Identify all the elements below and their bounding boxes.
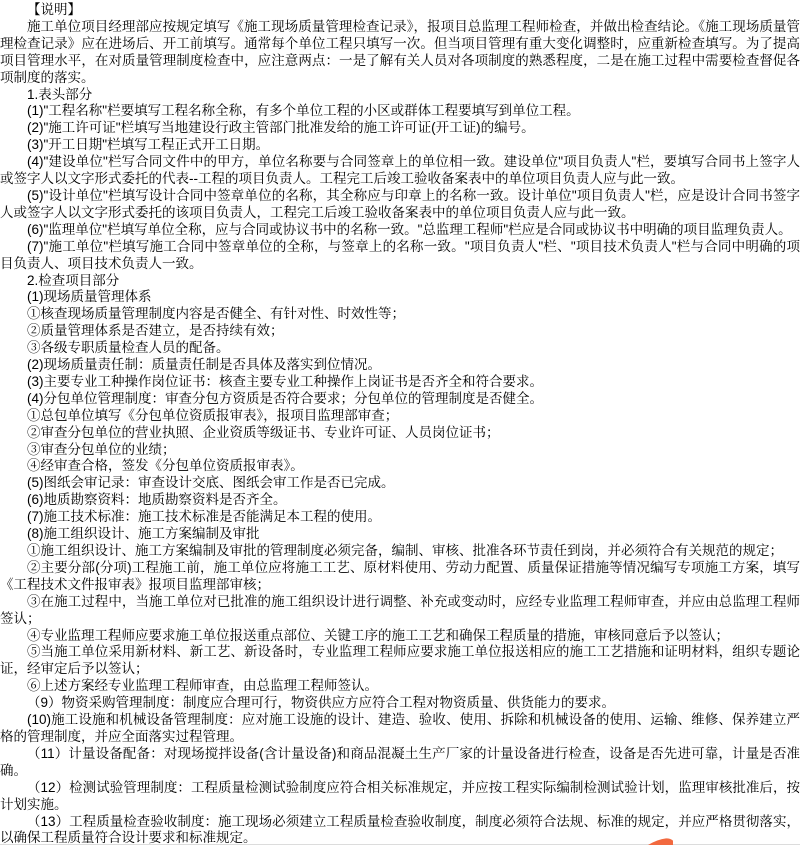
doc-paragraph: (3)主要专业工种操作岗位证书：核查主要专业工种操作上岗证书是否齐全和符合要求。 [0,374,800,391]
doc-paragraph: (8)施工组织设计、施工方案编制及审批 [0,526,800,543]
doc-paragraph: (5)图纸会审记录：审查设计交底、图纸会审工作是否已完成。 [0,475,800,492]
doc-paragraph: ③各级专职质量检查人员的配备。 [0,340,800,357]
doc-paragraph: (7)施工技术标准：施工技术标准是否能满足本工程的使用。 [0,509,800,526]
doc-paragraph: (1)现场质量管理体系 [0,289,800,306]
doc-paragraph: (3)"开工日期"栏填写工程正式开工日期。 [0,137,800,154]
doc-body: 【说明】施工单位项目经理部应按规定填写《施工现场质量管理检查记录》，报项目总监理… [0,0,800,847]
doc-paragraph: (4)分包单位管理制度：审查分包方资质是否符合要求；分包单位的管理制度是否健全。 [0,391,800,408]
doc-paragraph: 2.检查项目部分 [0,273,800,290]
doc-paragraph: (4)"建设单位"栏写合同文件中的甲方，单位名称要与合同签章上的单位相一致。建设… [0,154,800,188]
doc-paragraph: (6)"监理单位"栏填写单位全称，应与合同或协议书中的名称一致。"总监理工程师"… [0,222,800,239]
doc-paragraph: （12）检测试验管理制度：工程质量检测试验制度应符合相关标准规定，并应按工程实际… [0,780,800,814]
doc-paragraph: 施工单位项目经理部应按规定填写《施工现场质量管理检查记录》，报项目总监理工程师检… [0,19,800,87]
bottom-divider [0,844,800,845]
doc-paragraph: (1)"工程名称"栏要填写工程名称全称，有多个单位工程的小区或群体工程要填写到单… [0,103,800,120]
doc-paragraph: ③在施工过程中，当施工单位对已批准的施工组织设计进行调整、补充或变动时，应经专业… [0,594,800,628]
doc-paragraph: ①施工组织设计、施工方案编制及审批的管理制度必须完备，编制、审核、批准各环节责任… [0,543,800,560]
doc-paragraph: ③审查分包单位的业绩； [0,442,800,459]
doc-paragraph: (5)"设计单位"栏填写设计合同中签章单位的名称，其全称应与印章上的名称一致。设… [0,188,800,222]
doc-paragraph: (2)现场质量责任制：质量责任制是否具体及落实到位情况。 [0,357,800,374]
doc-paragraph: 1.表头部分 [0,87,800,104]
doc-paragraph: （9）物资采购管理制度：制度应合理可行，物资供应方应符合工程对物资质量、供货能力… [0,695,800,712]
doc-paragraph: ①核查现场质量管理制度内容是否健全、有针对性、时效性等； [0,306,800,323]
doc-paragraph: ②质量管理体系是否建立，是否持续有效； [0,323,800,340]
doc-paragraph: ④专业监理工程师应要求施工单位报送重点部位、关键工序的施工工艺和确保工程质量的措… [0,628,800,645]
doc-paragraph: ⑤当施工单位采用新材料、新工艺、新设备时，专业监理工程师应要求施工单位报送相应的… [0,644,800,678]
doc-paragraph: ⑥上述方案经专业监理工程师审查，由总监理工程师签认。 [0,678,800,695]
doc-paragraph: ④经审查合格，签发《分包单位资质报审表》。 [0,458,800,475]
doc-paragraph: 【说明】 [0,2,800,19]
doc-paragraph: ②审查分包单位的营业执照、企业资质等级证书、专业许可证、人员岗位证书； [0,425,800,442]
doc-paragraph: （13）工程质量检查验收制度：施工现场必须建立工程质量检查验收制度，制度必须符合… [0,814,800,847]
doc-paragraph: (2)"施工许可证"栏填写当地建设行政主管部门批准发给的施工许可证(开工证)的编… [0,120,800,137]
doc-paragraph: (7)"施工单位"栏填写施工合同中签章单位的全称，与签章上的名称一致。"项目负责… [0,239,800,273]
logo-swoosh-icon [648,838,673,845]
doc-paragraph: (10)施工设施和机械设备管理制度：应对施工设施的设计、建造、验收、使用、拆除和… [0,712,800,746]
doc-paragraph: ②主要分部(分项)工程施工前，施工单位应将施工工艺、原材料使用、劳动力配置、质量… [0,560,800,594]
doc-paragraph: （11）计量设备配备：对现场搅拌设备(含计量设备)和商品混凝土生产厂家的计量设备… [0,746,800,780]
doc-paragraph: ①总包单位填写《分包单位资质报审表》，报项目监理部审查； [0,408,800,425]
doc-paragraph: (6)地质勘察资料：地质勘察资料是否齐全。 [0,492,800,509]
